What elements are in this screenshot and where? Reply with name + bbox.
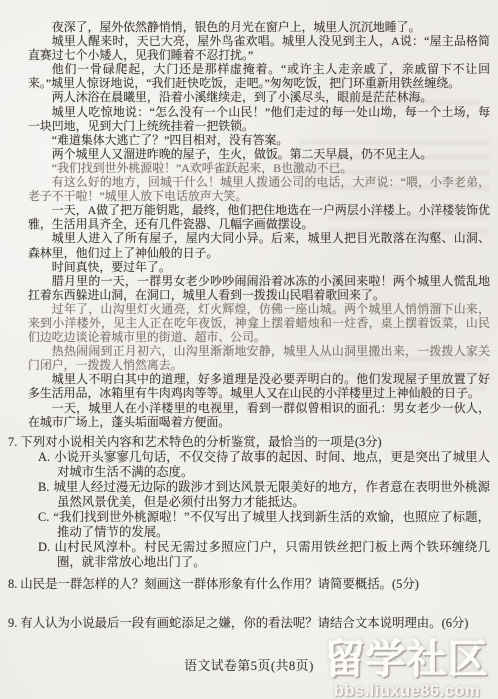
option-c-text: “我们找到世外桃源啦！”不仅写出了城里人找到新生活的欢愉，也照应了标题，推动了情…: [53, 510, 490, 539]
question-7-number: 7.: [8, 435, 17, 449]
story-paragraph: 腊月里的一天，一群男女老少吵吵闹闹沿着冰冻的小溪回来啦！两个城里人慌乱地扛着东西…: [28, 274, 490, 302]
story-paragraph: 两个城里人又溜进昨晚的屋子，生火，做饭。第二天早晨，仍不见主人。: [28, 147, 490, 161]
story-paragraph: 一天，城里人在小洋楼里的电视里，看到一群似曾相识的面孔：男女老少一伙人，在城市广…: [28, 401, 490, 429]
story-paragraph: 夜深了，屋外依然静悄悄，银色的月光在窗户上，城里人沉沉地睡了。: [28, 20, 490, 34]
option-c: C.“我们找到世外桃源啦！”不仅写出了城里人找到新生活的欢愉，也照应了标题，推动…: [38, 510, 490, 540]
story-paragraph: 过年了，山沟里灯火通亮，灯火辉煌，仿佛一座山城。两个城里人悄悄溜下山来，来到小洋…: [28, 302, 490, 344]
question-8: 8.山民是一群怎样的人？刻画这一群体形象有什么作用？请简要概括。(5分): [8, 577, 490, 592]
story-paragraph: 他们一骨碌爬起，大门还是那样虚掩着。“或许主人走亲戚了，亲戚留下不让回来。”城里…: [28, 62, 490, 90]
question-9: 9.有人认为小说最后一段有画蛇添足之嫌，你的看法呢？请结合文本说明理由。(6分): [8, 616, 490, 631]
watermark-logo-text: 留学社区: [318, 640, 496, 680]
story-paragraph: 有这么好的地方，回城干什么！城里人拨通公司的电话，大声说：“喂，小李老弟，老子不…: [28, 175, 490, 203]
site-watermark: 留学社区 bbs.liuxue86.com: [318, 640, 496, 699]
question-8-text: 山民是一群怎样的人？刻画这一群体形象有什么作用？请简要概括。(5分): [20, 577, 419, 591]
option-c-label: C.: [38, 510, 49, 524]
story-paragraph: “我们找到世外桃源啦！”A欢呼雀跃起来，B也激动不已。: [28, 161, 490, 175]
question-9-number: 9.: [8, 616, 17, 630]
option-d-label: D.: [38, 540, 50, 554]
story-paragraph: 城里人吃惊地说：“怎么没有一个山民！”他们走过的每一处山坳，每一个土场，每一块凹…: [28, 105, 490, 133]
questions-section: 7.下列对小说相关内容和艺术特色的分析鉴赏，最恰当的一项是(3分) A.小说开头…: [8, 435, 490, 631]
option-a-text: 小说开头寥寥几句话，不仅交待了故事的起因、时间、地点，更是突出了城里人对城市生活…: [54, 450, 490, 479]
option-a-label: A.: [38, 450, 50, 464]
option-b-label: B.: [38, 480, 49, 494]
question-7-options: A.小说开头寥寥几句话，不仅交待了故事的起因、时间、地点，更是突出了城里人对城市…: [38, 450, 490, 570]
question-8-number: 8.: [8, 577, 17, 591]
option-a: A.小说开头寥寥几句话，不仅交待了故事的起因、时间、地点，更是突出了城里人对城市…: [38, 450, 490, 480]
story-paragraph: 城里人醒来时，天已大亮，屋外鸟雀欢唱。城里人没见到主人，A说：“屋主品格简直赛过…: [28, 34, 490, 62]
question-7-stem: 下列对小说相关内容和艺术特色的分析鉴赏，最恰当的一项是(3分): [20, 435, 381, 449]
story-paragraph: 城里人不明白其中的道理，好多道理是没必要弄明白的。他们发现屋子里放置了好多生活用…: [28, 372, 490, 400]
page-content: 夜深了，屋外依然静悄悄，银色的月光在窗户上，城里人沉沉地睡了。 城里人醒来时，天…: [8, 20, 490, 631]
question-9-text: 有人认为小说最后一段有画蛇添足之嫌，你的看法呢？请结合文本说明理由。(6分): [20, 616, 468, 630]
question-7: 7.下列对小说相关内容和艺术特色的分析鉴赏，最恰当的一项是(3分): [8, 435, 490, 450]
option-d-text: 山村民风淳朴。村民无需过多照应门户，只需用铁丝把门板上两个铁环缠绕几圈，就非常放…: [54, 540, 490, 569]
watermark-url-text: bbs.liuxue86.com: [318, 683, 496, 699]
page-number-label: 语文试卷第5页(共8页): [184, 659, 314, 673]
story-paragraph: 时间真快，要过年了。: [28, 260, 490, 274]
story-paragraph: “难道集体大逃亡了？”四目相对，没有答案。: [28, 133, 490, 147]
story-paragraph: 城里人进入了所有屋子，屋内大同小异。后来，城里人把目光散落在沟壑、山洞、森林里，…: [28, 231, 490, 259]
exam-page-scan: 夜深了，屋外依然静悄悄，银色的月光在窗户上，城里人沉沉地睡了。 城里人醒来时，天…: [0, 0, 498, 699]
story-paragraph: 两人沐浴在晨曦里，沿着小溪继续走，到了小溪尽头，眼前是茫茫林海。: [28, 90, 490, 104]
story-paragraph: 一天，A做了把万能钥匙，最终，他们把住地选在一户两层小洋楼上。小洋楼装饰优雅，生…: [28, 203, 490, 231]
reading-passage: 夜深了，屋外依然静悄悄，银色的月光在窗户上，城里人沉沉地睡了。 城里人醒来时，天…: [28, 20, 490, 429]
option-b: B.城里人经过漫无边际的跋涉才到达风景无限美好的地方，作者意在表明世外桃源虽然风…: [38, 480, 490, 510]
option-b-text: 城里人经过漫无边际的跋涉才到达风景无限美好的地方，作者意在表明世外桃源虽然风景优…: [53, 480, 490, 509]
option-d: D.山村民风淳朴。村民无需过多照应门户，只需用铁丝把门板上两个铁环缠绕几圈，就非…: [38, 540, 490, 570]
story-paragraph: 热热闹闹到正月初六，山沟里渐渐地安静，城里人从山洞里搬出来，一拨拨人家关门闭户，…: [28, 344, 490, 372]
